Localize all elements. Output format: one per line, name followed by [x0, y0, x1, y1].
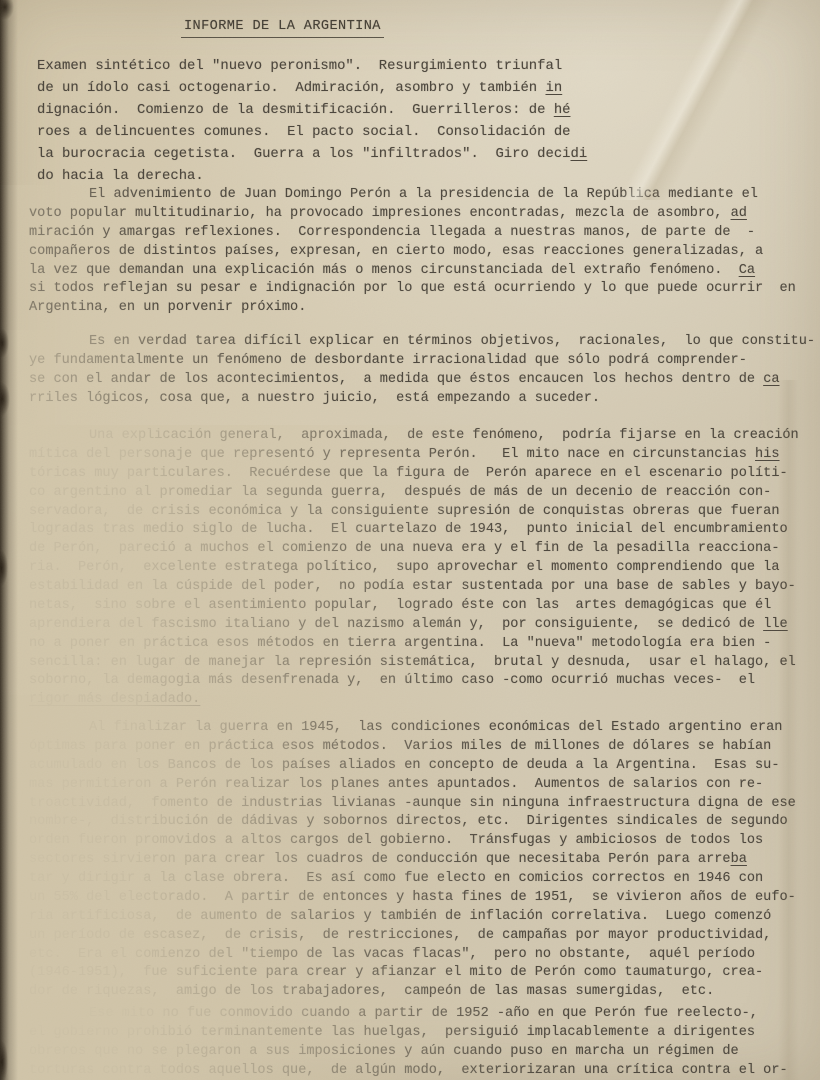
text-line: etc. Era el comienzo del "tiempo de las … [29, 946, 796, 965]
text-line: la vez que demandan una explicación más … [29, 262, 796, 281]
text-line: voto popular multitudinario, ha provocad… [29, 205, 796, 224]
text-line: Argentina, en un porvenir próximo. [29, 299, 796, 318]
text-line: Ese mito no fue conmovido cuando a parti… [29, 1005, 788, 1024]
text-line: ye fundamentalmente un fenómeno de desbo… [29, 352, 815, 371]
text-line: logradas tras medio siglo de lucha. El c… [29, 521, 799, 540]
text-line: miración y amargas reflexiones. Correspo… [29, 224, 796, 243]
text-line: mítica del personaje que representó y re… [29, 446, 799, 465]
text-line: nombre-, distribución de dádivas y sobor… [29, 813, 796, 832]
text-line: dignación. Comienzo de la desmitificació… [37, 100, 587, 122]
text-line: obreros que no se plegaron a sus imposic… [29, 1043, 788, 1062]
text-line: rriles lógicos, cosa que, a nuestro juic… [29, 390, 815, 409]
paragraph-3: Una explicación general, aproximada, de … [29, 427, 799, 710]
summary-paragraph: Examen sintético del "nuevo peronismo". … [37, 56, 587, 187]
text-line: sencilla: en lugar de manejar la represi… [29, 654, 799, 673]
text-line: un 55% del electorado. A partir de enton… [29, 889, 796, 908]
text-line: torturas contra todos aquellos que, de a… [29, 1062, 788, 1080]
text-line: soborno, la demagogia más desenfrenada y… [29, 672, 799, 691]
text-line: Una explicación general, aproximada, de … [29, 427, 799, 446]
paragraph-4: Al finalizar la guerra en 1945, las cond… [29, 719, 796, 1002]
text-line: (1946-1951), fue suficiente para crear y… [29, 964, 796, 983]
text-line: El advenimiento de Juan Domingo Perón a … [29, 186, 796, 205]
text-line: no a poner en práctica esos métodos en t… [29, 635, 799, 654]
text-line: de Perón, pareció a muchos el comienzo d… [29, 540, 799, 559]
text-line: Al finalizar la guerra en 1945, las cond… [29, 719, 796, 738]
text-line: Es en verdad tarea difícil explicar en t… [29, 333, 815, 352]
text-line: Examen sintético del "nuevo peronismo". … [37, 56, 587, 78]
text-line: dor de riquezas, amigo de los trabajador… [29, 983, 796, 1002]
document-content: INFORME DE LA ARGENTINA Examen sintético… [0, 0, 820, 1080]
text-line: compañeros de distintos países, expresan… [29, 243, 796, 262]
text-line: rigor más despiadado. [29, 691, 799, 710]
text-line: netas, sino sobre el asentimiento popula… [29, 597, 799, 616]
text-line: troactividad, fomento de industrias livi… [29, 795, 796, 814]
paragraph-1: El advenimiento de Juan Domingo Perón a … [29, 186, 796, 318]
text-line: si todos reflejan su pesar e indignación… [29, 280, 796, 299]
text-line: roes a delincuentes comunes. El pacto so… [37, 122, 587, 144]
text-line: la burocracia cegetista. Guerra a los "i… [37, 144, 587, 166]
text-line: sectores sirvieron para crear los cuadro… [29, 851, 796, 870]
text-line: el gobierno prohibió terminantemente las… [29, 1024, 788, 1043]
paragraph-5: Ese mito no fue conmovido cuando a parti… [29, 1005, 788, 1080]
paragraph-2: Es en verdad tarea difícil explicar en t… [29, 333, 815, 409]
text-line: orden fueron promovidos a altos cargos d… [29, 832, 796, 851]
text-line: ria artificiosa, de aumento de salarios … [29, 908, 796, 927]
text-line: servadora, de crisis económica y la cons… [29, 503, 799, 522]
text-line: se con el andar de los acontecimientos, … [29, 371, 815, 390]
text-line: de un ídolo casi octogenario. Admiración… [37, 78, 587, 100]
text-line: óptimas para poner en práctica esos méto… [29, 738, 796, 757]
text-line: co argentino al promediar la segunda gue… [29, 484, 799, 503]
scanned-document-page: INFORME DE LA ARGENTINA Examen sintético… [0, 0, 820, 1080]
text-line: acumulado en los Bancos de los países al… [29, 757, 796, 776]
text-line: tóricas muy particulares. Recuérdese que… [29, 465, 799, 484]
text-line: do hacia la derecha. [37, 166, 587, 188]
text-line: mas permitieron a Perón realizar los pla… [29, 776, 796, 795]
text-line: aprendiera del fascismo italiano y del n… [29, 616, 799, 635]
text-line: tar y dirigir a la clase obrera. Es así … [29, 870, 796, 889]
document-title: INFORME DE LA ARGENTINA [181, 19, 384, 38]
text-line: estabilidad en la cúspide del poder, no … [29, 578, 799, 597]
text-line: un período de escasez, de crisis, de res… [29, 927, 796, 946]
text-line: ria. Perón, excelente estratega político… [29, 559, 799, 578]
